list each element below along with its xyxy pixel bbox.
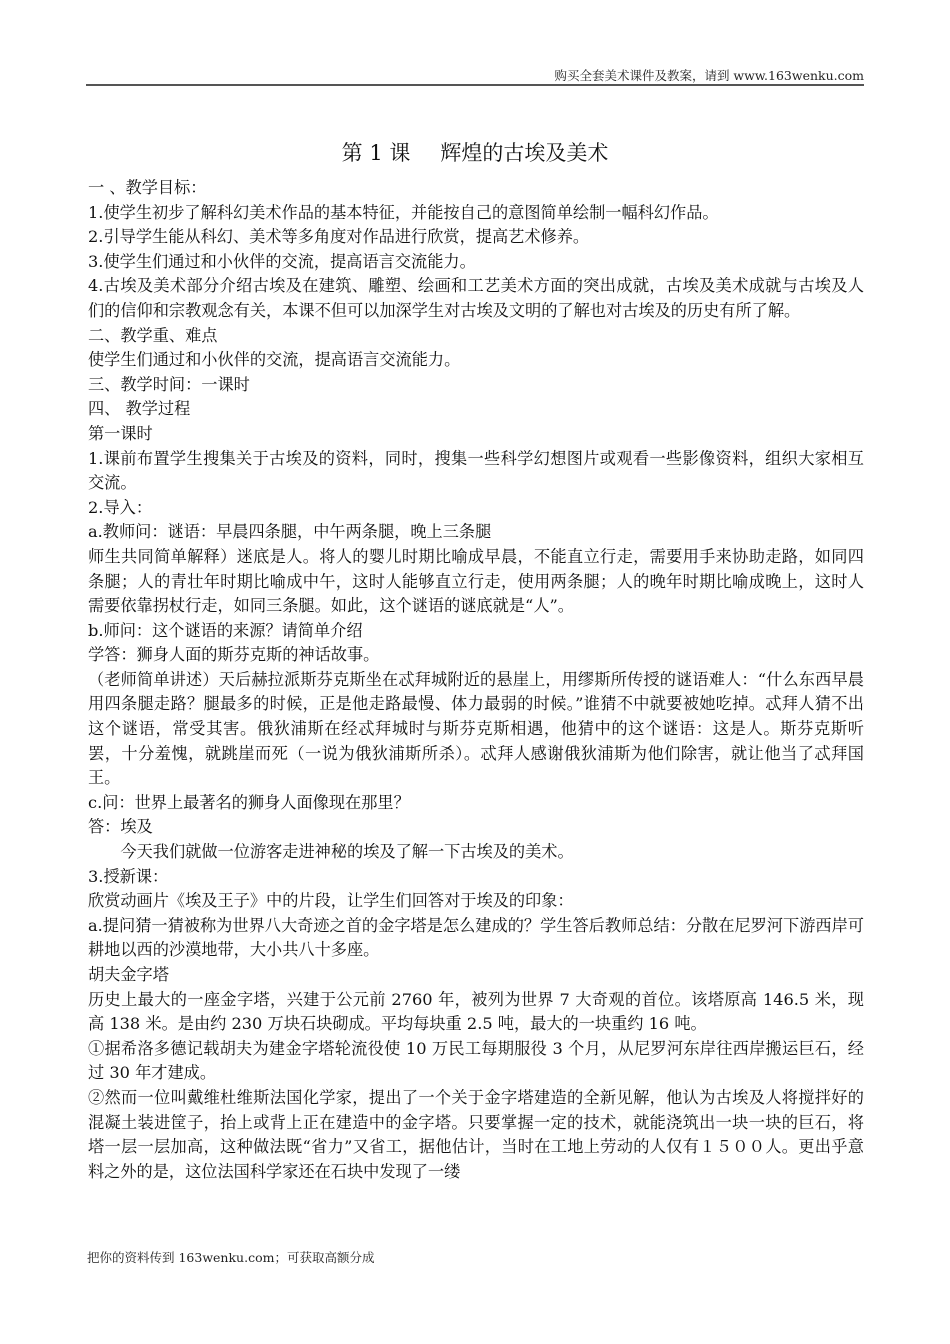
page-header-text: 购买全套美术课件及教案，请到 www.163wenku.com — [554, 66, 864, 84]
section-heading-objectives: 一 、教学目标： — [88, 176, 864, 201]
lesson-number: 第 1 课 — [342, 141, 411, 165]
new-lesson-paragraph: 欣赏动画片《埃及王子》中的片段，让学生们回答对于埃及的印象： — [88, 889, 864, 914]
process-paragraph: 师生共同简单解释）迷底是人。将人的婴儿时期比喻成早晨，不能直立行走，需要用手来协… — [88, 545, 864, 619]
objective-item: 3.使学生们通过和小伙伴的交流，提高语言交流能力。 — [88, 250, 864, 275]
objective-item: 2.引导学生能从科幻、美术等多角度对作品进行欣赏，提高艺术修养。 — [88, 225, 864, 250]
key-points-text: 使学生们通过和小伙伴的交流，提高语言交流能力。 — [88, 348, 864, 373]
new-lesson-paragraph: 胡夫金字塔 — [88, 963, 864, 988]
page-title: 第 1 课辉煌的古埃及美术 — [0, 137, 950, 167]
lesson-name: 辉煌的古埃及美术 — [440, 141, 608, 165]
document-body: 一 、教学目标： 1.使学生初步了解科幻美术作品的基本特征，并能按自己的意图简单… — [88, 176, 864, 1184]
process-paragraph: b.师问：这个谜语的来源？请简单介绍 — [88, 619, 864, 644]
period-label: 第一课时 — [88, 422, 864, 447]
objective-item: 4.古埃及美术部分介绍古埃及在建筑、雕塑、绘画和工艺美术方面的突出成就，古埃及美… — [88, 274, 864, 323]
process-paragraph: 答：埃及 — [88, 815, 864, 840]
new-lesson-paragraph: a.提问猜一猜被称为世界八大奇迹之首的金字塔是怎么建成的？学生答后教师总结：分散… — [88, 914, 864, 963]
objective-item: 1.使学生初步了解科幻美术作品的基本特征，并能按自己的意图简单绘制一幅科幻作品。 — [88, 201, 864, 226]
transition-paragraph: 今天我们就做一位游客走进神秘的埃及了解一下古埃及的美术。 — [88, 840, 864, 865]
process-paragraph: a.教师问：谜语：早晨四条腿，中午两条腿，晚上三条腿 — [88, 520, 864, 545]
section-heading-key-points: 二、教学重、难点 — [88, 324, 864, 349]
new-lesson-paragraph: ①据希洛多德记载胡夫为建金字塔轮流役使 10 万民工每期服役 3 个月，从尼罗河… — [88, 1037, 864, 1086]
process-paragraph: （老师简单讲述）天后赫拉派斯芬克斯坐在忒拜城附近的悬崖上，用缪斯所传授的谜语难人… — [88, 668, 864, 791]
page-footer-text: 把你的资料传到 163wenku.com；可获取高额分成 — [87, 1248, 374, 1266]
process-paragraph: 1.课前布置学生搜集关于古埃及的资料，同时，搜集一些科学幻想图片或观看一些影像资… — [88, 447, 864, 496]
section-heading-process: 四、 教学过程 — [88, 397, 864, 422]
new-lesson-paragraph: 3.授新课： — [88, 865, 864, 890]
process-paragraph: 学答：狮身人面的斯芬克斯的神话故事。 — [88, 643, 864, 668]
section-heading-time: 三、教学时间：一课时 — [88, 373, 864, 398]
process-paragraph: c.问：世界上最著名的狮身人面像现在那里？ — [88, 791, 864, 816]
new-lesson-paragraph: ②然而一位叫戴维杜维斯法国化学家，提出了一个关于金字塔建造的全新见解，他认为古埃… — [88, 1086, 864, 1184]
process-paragraph: 2.导入： — [88, 496, 864, 521]
header-divider — [86, 84, 864, 86]
new-lesson-paragraph: 历史上最大的一座金字塔，兴建于公元前 2760 年，被列为世界 7 大奇观的首位… — [88, 988, 864, 1037]
